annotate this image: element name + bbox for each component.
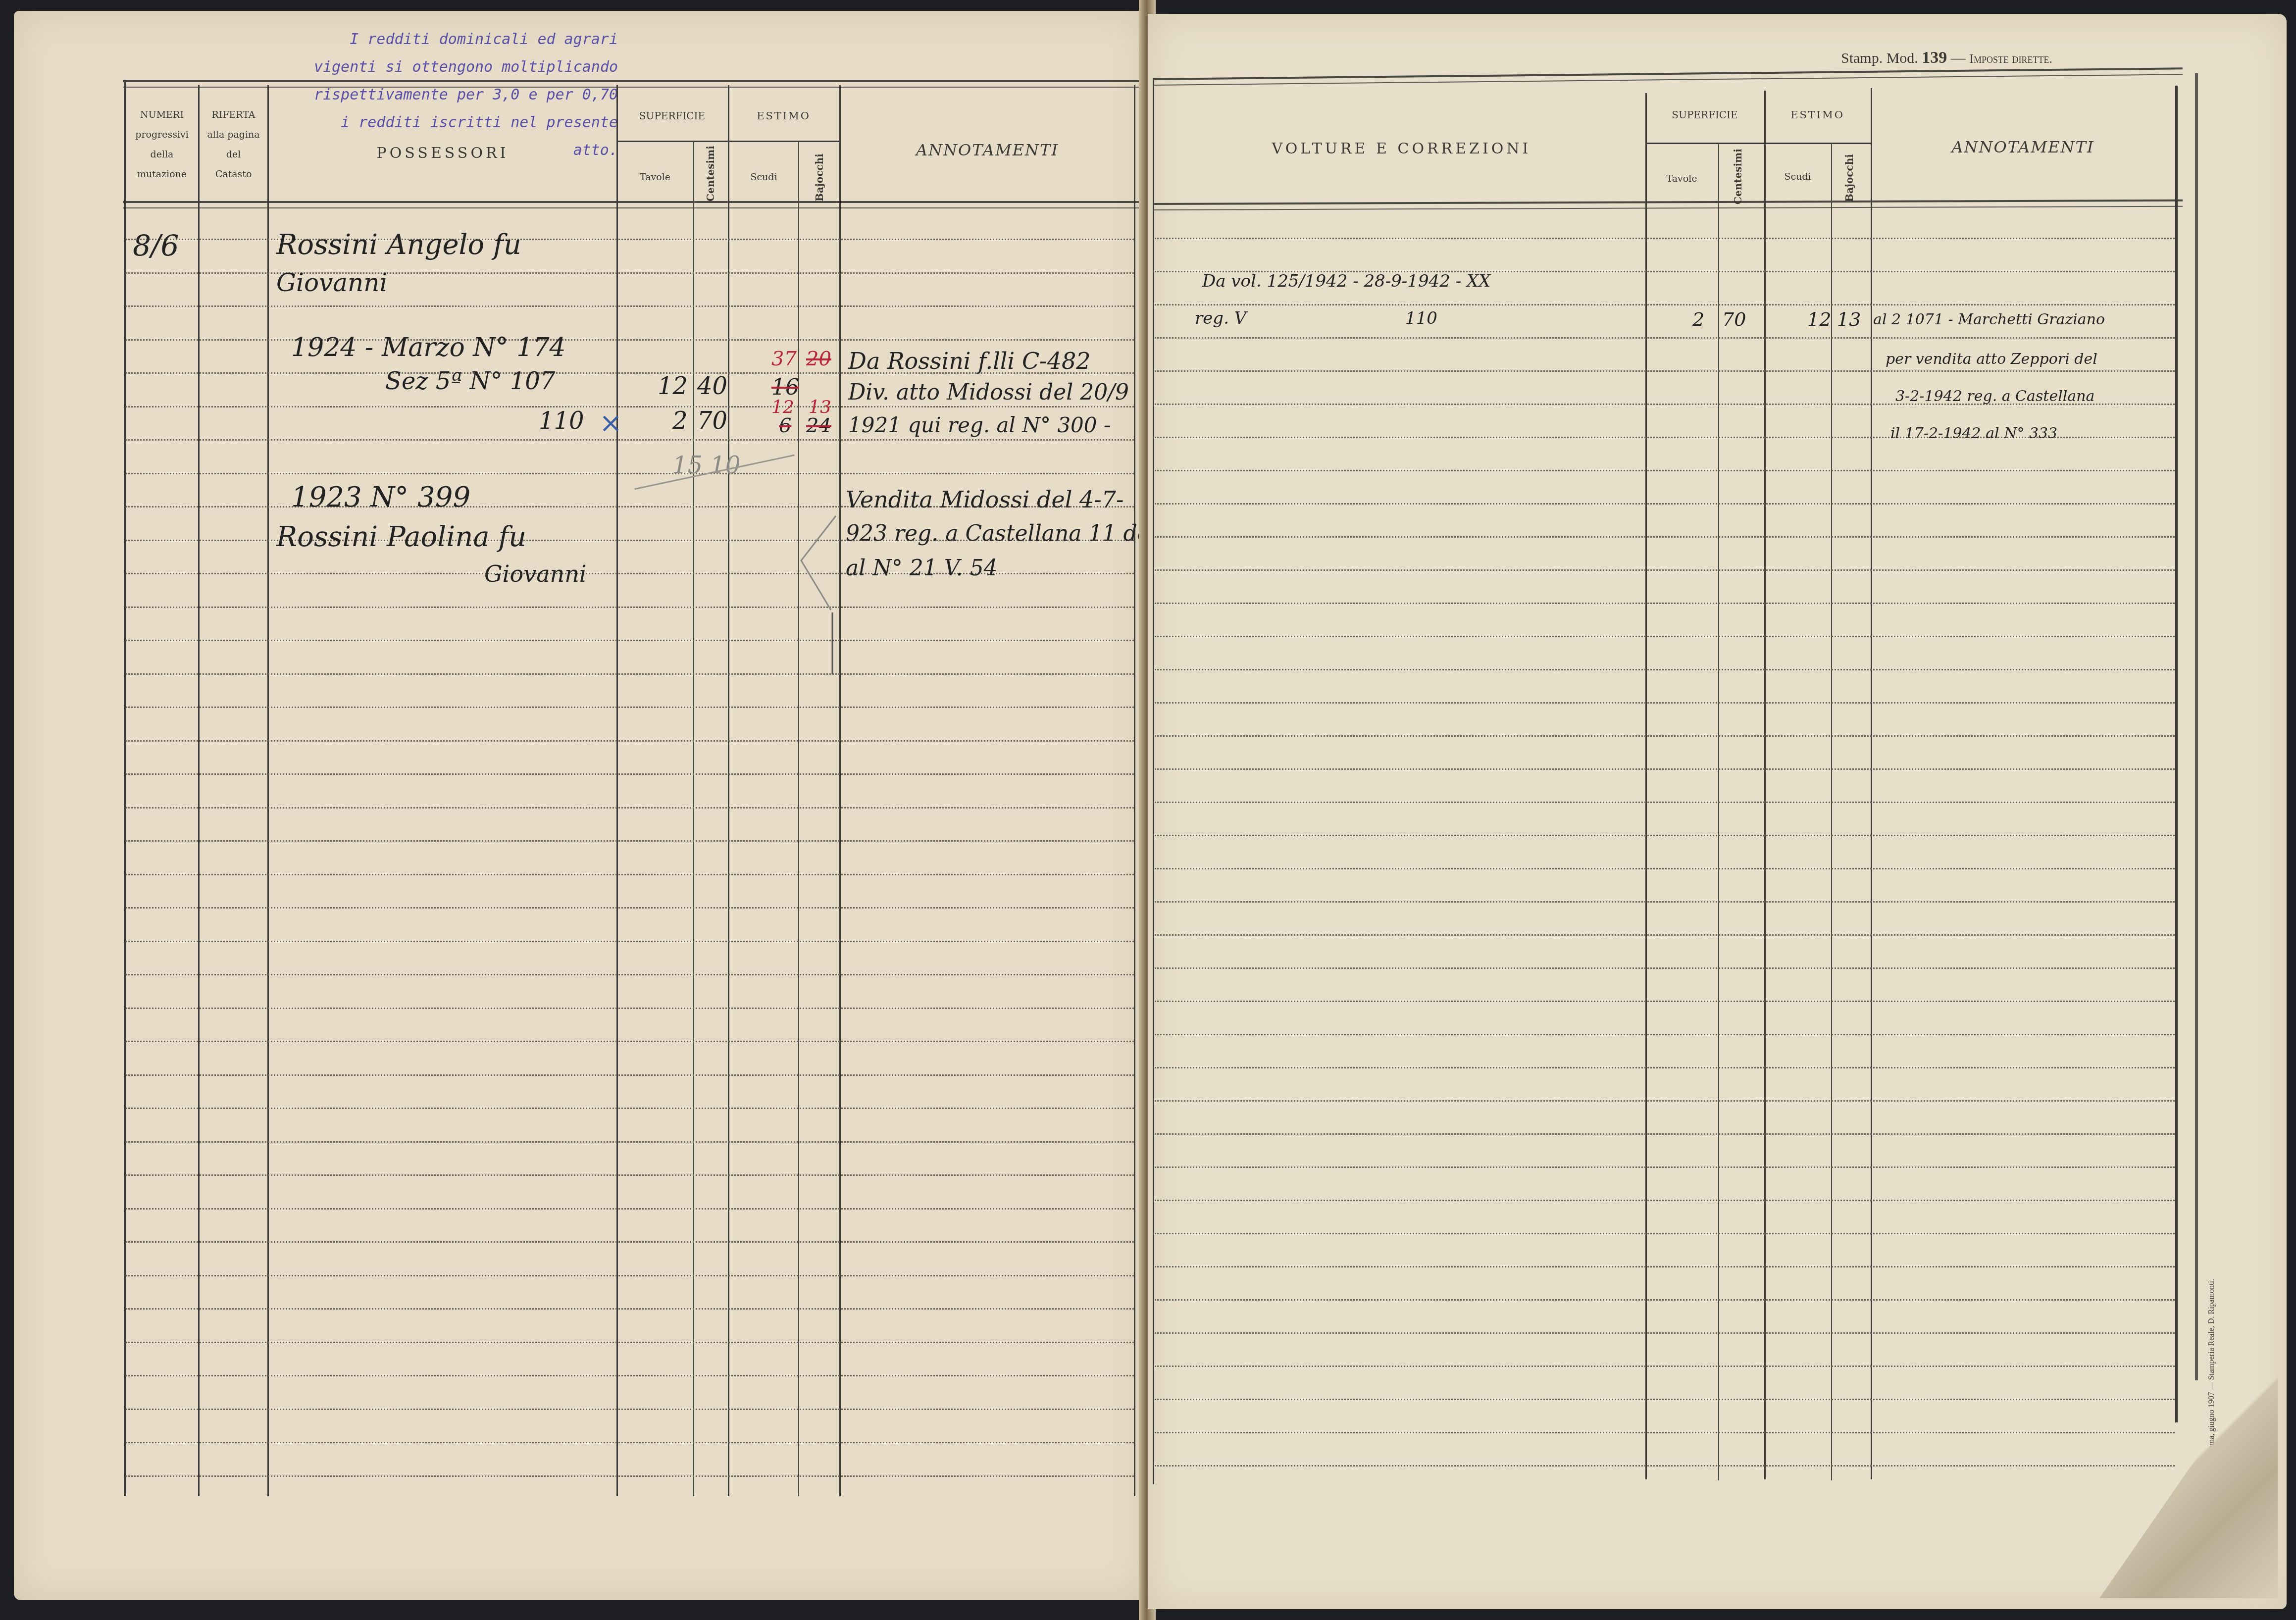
superficie-row2-tavole: 2 <box>672 407 688 435</box>
estimo-red-scudi: 37 <box>771 348 797 370</box>
row-rule <box>1155 1366 2175 1367</box>
row-rule <box>126 907 1134 909</box>
row-rule <box>1155 967 2175 969</box>
annotation-1-line2: Div. atto Midossi del 20/9 <box>848 380 1129 405</box>
row-rule <box>126 1008 1134 1009</box>
row-rule <box>1155 1432 2175 1433</box>
row-rule <box>126 1342 1134 1343</box>
row-rule <box>1155 603 2175 604</box>
header-scudi: Scudi <box>1764 171 1831 182</box>
row-rule <box>1155 1067 2175 1068</box>
row-rule <box>126 1141 1134 1143</box>
row-rule <box>1155 470 2175 471</box>
row-rule <box>126 1409 1134 1410</box>
annotation-line2: per vendita atto Zeppori del <box>1886 351 2097 368</box>
table-top-border <box>1153 67 2183 86</box>
table-right-border <box>2175 86 2178 1422</box>
header-text: Catasto <box>200 164 267 184</box>
table-left-border <box>1153 78 1154 1484</box>
row-rule <box>126 1241 1134 1243</box>
row-rule <box>126 874 1134 875</box>
annotation-line3: 3-2-1942 reg. a Castellana <box>1895 388 2094 405</box>
row-rule <box>1155 1133 2175 1135</box>
header-bajocchi: Bajocchi <box>814 157 825 202</box>
header-text: alla pagina <box>200 125 267 145</box>
row-rule <box>126 673 1134 675</box>
header-text: del <box>200 145 267 164</box>
pencil-bracket-mark <box>796 506 851 679</box>
annotation-2-line2: 923 reg. a Castellana 11 detto <box>846 521 1181 546</box>
estimo-struck-2-bajocchi: 24 <box>806 414 831 437</box>
col-divider <box>728 85 729 1496</box>
row-rule <box>1155 1399 2175 1400</box>
header-bottom-border <box>1153 200 2183 210</box>
row-rule <box>1155 1034 2175 1035</box>
row-rule <box>126 1375 1134 1376</box>
row-rule <box>126 1041 1134 1042</box>
header-volture: VOLTURE E CORREZIONI <box>1158 140 1645 157</box>
row-rule <box>126 1108 1134 1109</box>
form-number: 139 <box>1922 49 1947 67</box>
row-rule <box>1155 337 2175 339</box>
row-rule <box>1155 1001 2175 1002</box>
folded-corner <box>2099 1341 2278 1598</box>
header-tavole: Tavole <box>618 172 692 183</box>
header-estimo: ESTIMO <box>1764 109 1871 121</box>
printer-imprint: Roma, giugno 1907 — Stamperia Reale, D. … <box>2207 1177 2216 1455</box>
header-superficie: SUPERFICIE <box>1645 109 1764 121</box>
header-superficie: SUPERFICIE <box>616 110 728 122</box>
superficie-centesimi: 70 <box>1722 308 1746 330</box>
header-centesimi: Centesimi <box>705 152 716 202</box>
col-divider <box>839 85 841 1496</box>
row-rule <box>126 607 1134 608</box>
annotation-1-line1: Da Rossini f.lli C-482 <box>848 348 1090 374</box>
table-left-border <box>124 80 126 1496</box>
subheader-line <box>616 141 839 142</box>
estimo-scudi: 12 <box>1807 308 1831 330</box>
header-bottom-border <box>123 201 1143 208</box>
col-divider <box>798 141 799 1496</box>
header-annotamenti: ANNOTAMENTI <box>1871 138 2175 156</box>
superficie-tavole: 2 <box>1692 308 1704 330</box>
header-text: RIFERTA <box>200 105 267 125</box>
row-rule <box>126 339 1134 341</box>
stamp-line: vigenti si ottengono moltiplicando <box>291 53 618 81</box>
mutation-1-line2: Sez 5ª N° 107 <box>385 367 555 395</box>
estimo-bajocchi: 13 <box>1837 308 1861 330</box>
row-rule <box>1155 569 2175 571</box>
col-divider <box>267 85 269 1496</box>
row-rule <box>1155 1233 2175 1234</box>
possessore-1-line1: Rossini Angelo fu <box>276 229 521 261</box>
stamp-note: I redditi dominicali ed agrari vigenti s… <box>291 26 618 164</box>
form-separator: — <box>1951 50 1966 66</box>
row-rule <box>126 1442 1134 1443</box>
col-divider <box>616 85 618 1496</box>
annotation-line1: al 2 1071 - Marchetti Graziano <box>1873 311 2105 328</box>
row-rule <box>126 807 1134 809</box>
row-rule <box>1155 636 2175 637</box>
table-top-border <box>123 80 1143 88</box>
col-divider <box>1871 88 1872 1479</box>
row-rule <box>1155 1166 2175 1168</box>
row-rule <box>1155 835 2175 836</box>
possessore-2-line2: Giovanni <box>484 560 587 587</box>
row-rule <box>1155 669 2175 670</box>
row-rule <box>1155 1465 2175 1467</box>
row-rule <box>1155 304 2175 305</box>
col-divider <box>1764 91 1766 1479</box>
header-text: NUMERI <box>126 105 198 125</box>
voltura-line1: Da vol. 125/1942 - 28-9-1942 - XX <box>1202 271 1490 291</box>
annotation-1-line3: 1921 qui reg. al N° 300 - <box>848 413 1111 437</box>
header-scudi: Scudi <box>729 172 798 183</box>
estimo-red-bajocchi: 20 <box>806 348 831 370</box>
row-rule <box>126 941 1134 942</box>
superficie-row2-centesimi: 70 <box>697 407 727 435</box>
header-bajocchi: Bajocchi <box>1843 157 1855 202</box>
row-rule <box>126 707 1134 708</box>
mutation-1-line3: 110 <box>539 407 584 435</box>
superficie-row1-centesimi: 40 <box>697 372 727 400</box>
row-rule <box>126 439 1134 441</box>
row-rule <box>1155 1332 2175 1334</box>
header-text: progressivi <box>126 125 198 145</box>
possessore-1-line2: Giovanni <box>276 268 388 297</box>
voltura-line2-number: 110 <box>1405 308 1437 328</box>
row-rule <box>126 740 1134 742</box>
col-divider <box>1831 144 1832 1480</box>
header-annotamenti: ANNOTAMENTI <box>841 141 1134 159</box>
row-rule <box>126 473 1134 474</box>
row-rule <box>1155 735 2175 737</box>
row-rule <box>1155 1200 2175 1201</box>
possessore-2-line1: Rossini Paolina fu <box>276 521 526 553</box>
row-rule <box>1155 536 2175 538</box>
stamp-line: I redditi dominicali ed agrari <box>291 26 618 53</box>
col-divider <box>1645 93 1647 1479</box>
entry-numero: 8/6 <box>133 229 179 262</box>
row-rule <box>1155 901 2175 903</box>
row-rule <box>1155 868 2175 869</box>
row-rule <box>126 1074 1134 1076</box>
row-rule <box>1155 934 2175 936</box>
col-divider <box>693 141 694 1496</box>
row-rule <box>126 773 1134 775</box>
row-rule <box>126 1275 1134 1276</box>
form-id: Stamp. Mod. 139 — Imposte dirette. <box>1841 49 2052 67</box>
row-rule <box>1155 370 2175 372</box>
outer-margin-border <box>2195 73 2198 1380</box>
form-title: Imposte dirette. <box>1969 51 2052 66</box>
left-page: I redditi dominicali ed agrari vigenti s… <box>14 11 1146 1600</box>
subheader-line <box>1645 143 1871 144</box>
row-rule <box>1155 768 2175 770</box>
header-text: mutazione <box>126 164 198 184</box>
annotation-line4: il 17-2-1942 al N° 333 <box>1890 425 2057 442</box>
row-rule <box>126 640 1134 641</box>
estimo-struck-scudi: 16 <box>771 375 799 400</box>
row-rule <box>1155 503 2175 505</box>
annotation-2-line3: al N° 21 V. 54 <box>846 556 998 581</box>
header-numeri: NUMERI progressivi della mutazione <box>126 105 198 184</box>
blue-check-mark: × <box>599 407 622 439</box>
superficie-row1-tavole: 12 <box>658 372 688 400</box>
header-tavole: Tavole <box>1645 173 1718 184</box>
row-rule <box>126 305 1134 307</box>
superficie-pencil-total: 15 10 <box>672 452 740 479</box>
form-prefix: Stamp. Mod. <box>1841 50 1918 66</box>
header-possessori: POSSESSORI <box>269 145 616 162</box>
row-rule <box>126 1308 1134 1310</box>
row-rule <box>1155 238 2175 239</box>
row-rule <box>1155 702 2175 704</box>
row-rule <box>126 406 1134 407</box>
table-right-border <box>1134 85 1135 1496</box>
row-rule <box>126 840 1134 842</box>
header-centesimi: Centesimi <box>1732 155 1744 204</box>
row-rule <box>1155 1299 2175 1301</box>
col-divider <box>198 85 200 1496</box>
right-page: Stamp. Mod. 139 — Imposte dirette. VOLTU… <box>1148 14 2287 1609</box>
header-estimo: ESTIMO <box>728 110 839 122</box>
row-rule <box>126 1208 1134 1210</box>
estimo-struck-2-scudi: 6 <box>779 414 791 437</box>
row-rule <box>1155 1266 2175 1267</box>
row-rule <box>1155 802 2175 803</box>
annotation-2-line1: Vendita Midossi del 4-7- <box>846 486 1124 513</box>
mutation-2: 1923 N° 399 <box>291 481 470 513</box>
row-rule <box>126 1475 1134 1477</box>
header-text: della <box>126 145 198 164</box>
header-riferta: RIFERTA alla pagina del Catasto <box>200 105 267 184</box>
col-divider <box>1718 144 1719 1480</box>
voltura-line2-reg: reg. V <box>1195 308 1246 328</box>
mutation-1-line1: 1924 - Marzo N° 174 <box>291 333 566 362</box>
row-rule <box>1155 1100 2175 1102</box>
row-rule <box>126 974 1134 975</box>
row-rule <box>126 1174 1134 1176</box>
